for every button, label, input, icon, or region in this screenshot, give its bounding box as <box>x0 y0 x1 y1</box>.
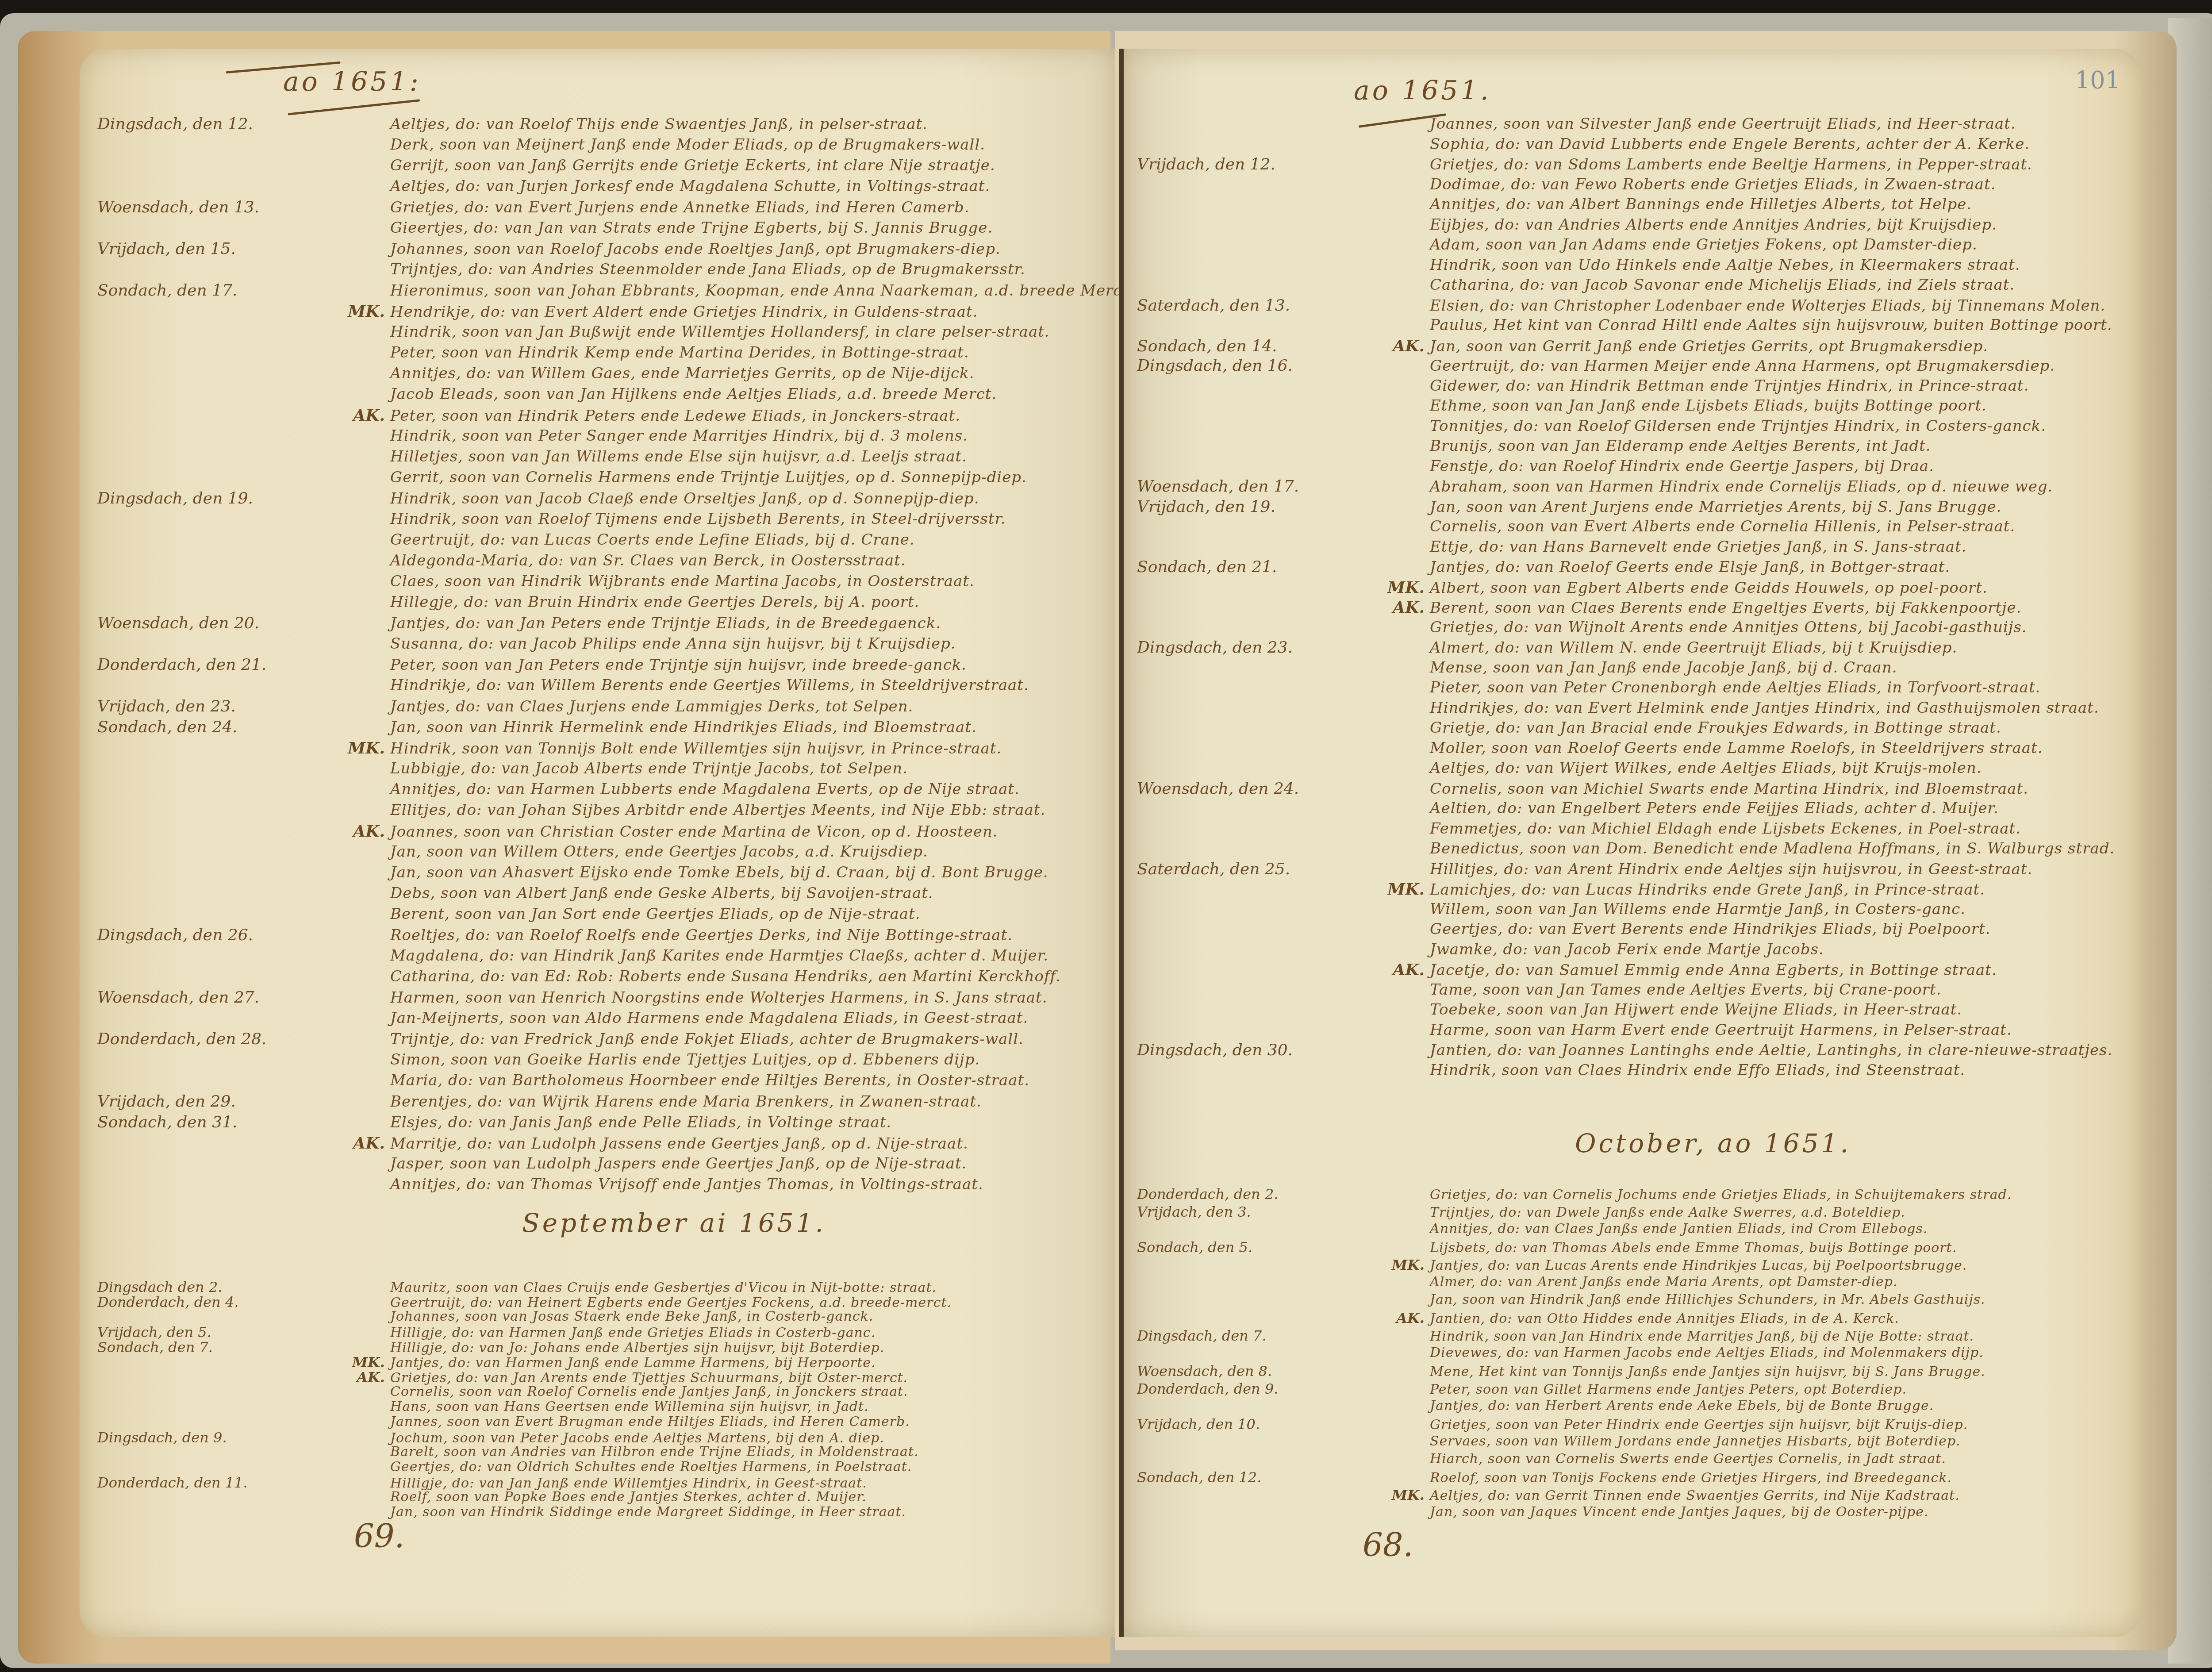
entry-text: Jantjes, do: van Herbert Arents ende Aek… <box>1430 1398 1934 1414</box>
entry-text: Maria, do: van Bartholomeus Hoornbeer en… <box>390 1072 1029 1089</box>
october-heading: October, ao 1651. <box>1575 1128 1851 1158</box>
register-entry: Annitjes, do: van Willem Gaes, ende Marr… <box>97 365 1134 385</box>
entry-text: Jantien, do: van Otto Hiddes ende Annitj… <box>1430 1311 1899 1326</box>
entry-date: Woensdach, den 17. <box>1137 477 1385 496</box>
register-entry: Hiarch, soon van Cornelis Swerts ende Ge… <box>1137 1451 2012 1469</box>
register-entry: Jan, soon van Ahasvert Eijsko ende Tomke… <box>97 864 1134 884</box>
entry-text: Hillegje, do: van Bruin Hindrix ende Gee… <box>390 593 919 611</box>
entry-date: Vrijdach, den 3. <box>1137 1203 1385 1220</box>
register-entry: Jan, soon van Jaques Vincent ende Jantje… <box>1137 1504 2012 1522</box>
register-entry: Grietje, do: van Jan Bracial ende Froukj… <box>1137 719 2115 739</box>
entry-text: Jantien, do: van Joannes Lantinghs ende … <box>1430 1042 2112 1059</box>
entry-text: Catharina, do: van Jacob Savonar ende Mi… <box>1430 276 2015 294</box>
entry-text: Jan, soon van Hinrik Hermelink ende Hind… <box>390 719 977 736</box>
entry-text: Jantjes, do: van Lucas Arents ende Hindr… <box>1430 1258 1967 1273</box>
entry-date: Dingsdach, den 19. <box>97 489 345 507</box>
entry-date: Vrijdach, den 10. <box>1137 1416 1385 1433</box>
entry-text: Jwamke, do: van Jacob Ferix ende Martje … <box>1430 941 1824 958</box>
entry-mark: MK. <box>1385 1257 1430 1273</box>
entry-text: Almer, do: van Arent Janßs ende Maria Ar… <box>1430 1274 1897 1290</box>
entry-text: Annitjes, do: van Willem Gaes, ende Marr… <box>390 365 974 382</box>
register-entry: Grietjes, do: van Wijnolt Arents ende An… <box>1137 619 2115 639</box>
entry-text: Simon, soon van Goeike Harlis ende Tjett… <box>390 1051 980 1069</box>
entry-text: Roelof, soon van Tonijs Fockens ende Gri… <box>1430 1470 1952 1486</box>
register-entry: Ettje, do: van Hans Barnevelt ende Griet… <box>1137 538 2115 558</box>
entry-text: Harme, soon van Harm Evert ende Geertrui… <box>1430 1021 2012 1039</box>
register-entry: Catharina, do: van Ed: Rob: Roberts ende… <box>97 968 1134 988</box>
entry-text: Debs, soon van Albert Janß ende Geske Al… <box>390 884 933 902</box>
register-entry: Cornelis, soon van Roelof Cornelis ende … <box>97 1384 952 1399</box>
entry-text: Hindrikje, do: van Willem Berents ende G… <box>390 676 1029 694</box>
entry-date: Saterdach, den 13. <box>1137 296 1385 315</box>
entry-text: Hindrik, soon van Jan Bußwijt ende Wille… <box>390 323 1050 341</box>
register-entry: AK.Jantien, do: van Otto Hiddes ende Ann… <box>1137 1310 2012 1327</box>
register-entry: Woensdach, den 13.Grietjes, do: van Ever… <box>97 198 1134 219</box>
register-entry: Jasper, soon van Ludolph Jaspers ende Ge… <box>97 1155 1134 1176</box>
register-entry: Saterdach, den 25.Hillitjes, do: van Are… <box>1137 860 2115 880</box>
entry-text: Elsien, do: van Christopher Lodenbaer en… <box>1430 297 2105 315</box>
folio-number-pencil: 101 <box>2075 66 2120 94</box>
entry-text: Joannes, soon van Silvester Janß ende Ge… <box>1430 115 2016 133</box>
register-entry: Sondach, den 12.Roelof, soon van Tonijs … <box>1137 1469 2012 1487</box>
register-entry: Lubbigje, do: van Jacob Alberts ende Tri… <box>97 760 1134 780</box>
entry-text: Hillitjes, do: van Arent Hindrix ende Ae… <box>1430 861 2032 878</box>
register-entry: Aldegonda-Maria, do: van Sr. Claes van B… <box>97 552 1134 573</box>
register-entry: Debs, soon van Albert Janß ende Geske Al… <box>97 884 1134 905</box>
register-entry: Paulus, Het kint van Conrad Hiltl ende A… <box>1137 316 2115 337</box>
entry-text: Jan, soon van Jaques Vincent ende Jantje… <box>1430 1504 1929 1520</box>
entry-text: Jantjes, do: van Claes Jurjens ende Lamm… <box>390 698 913 715</box>
entry-date: Woensdach, den 24. <box>1137 780 1385 798</box>
register-entry: Mense, soon van Jan Janß ende Jacobje Ja… <box>1137 659 2115 679</box>
register-entry: Magdalena, do: van Hindrik Janß Karites … <box>97 947 1134 968</box>
entry-text: Tame, soon van Jan Tames ende Aeltjes Ev… <box>1430 981 1942 999</box>
register-entry: Jan, soon van Hindrik Janß ende Hillichj… <box>1137 1292 2012 1310</box>
entry-text: Grietjes, do: van Cornelis Jochums ende … <box>1430 1187 2012 1203</box>
register-entry: Fenstje, do: van Roelof Hindrix ende Gee… <box>1137 457 2115 478</box>
entry-text: Albert, soon van Egbert Alberts ende Gei… <box>1430 579 1988 597</box>
register-entry: Jantjes, do: van Herbert Arents ende Aek… <box>1137 1398 2012 1416</box>
register-entry: Tonnitjes, do: van Roelof Gildersen ende… <box>1137 417 2115 438</box>
entry-date: Sondach, den 24. <box>97 718 345 736</box>
register-entry: Hindrik, soon van Roelof Tijmens ende Li… <box>97 510 1134 531</box>
register-entry: Sondach, den 21.Jantjes, do: van Roelof … <box>1137 558 2115 578</box>
entry-text: Ethme, soon van Jan Janß ende Lijsbets E… <box>1430 397 1987 415</box>
entry-text: Hindrik, soon van Udo Hinkels ende Aaltj… <box>1430 256 2020 274</box>
register-entry: Hindrikje, do: van Willem Berents ende G… <box>97 676 1134 697</box>
entry-text: Grietjes, do: van Sdoms Lamberts ende Be… <box>1430 156 2032 173</box>
entry-date: Donderdach, den 11. <box>97 1474 345 1491</box>
left-page-heading: ao 1651: <box>283 66 421 97</box>
entry-text: Hindrik, soon van Jan Hindrix ende Marri… <box>1430 1329 1974 1344</box>
register-entry: Adam, soon van Jan Adams ende Grietjes F… <box>1137 236 2115 256</box>
register-entry: Catharina, do: van Jacob Savonar ende Mi… <box>1137 276 2115 296</box>
entry-text: Aeltjes, do: van Gerrit Tinnen ende Swae… <box>1430 1488 1960 1503</box>
entry-text: Elsjes, do: van Janis Janß ende Pelle El… <box>390 1114 891 1131</box>
register-entry: Tame, soon van Jan Tames ende Aeltjes Ev… <box>1137 981 2115 1001</box>
entry-text: Lijsbets, do: van Thomas Abels ende Emme… <box>1430 1240 1957 1256</box>
entry-date: Woensdach, den 27. <box>97 988 345 1007</box>
register-entry: Roelf, soon van Popke Boes ende Jantjes … <box>97 1489 952 1504</box>
entry-text: Jacetje, do: van Samuel Emmig ende Anna … <box>1430 961 1997 979</box>
register-entry: Claes, soon van Hindrik Wijbrants ende M… <box>97 573 1134 593</box>
register-entry: Annitjes, do: van Albert Bannings ende H… <box>1137 196 2115 216</box>
entry-text: Gerrijt, soon van Janß Gerrijts ende Gri… <box>390 157 995 174</box>
register-entry: Dievewes, do: van Harmen Jacobs ende Ael… <box>1137 1345 2012 1363</box>
register-entry: Woensdach, den 20.Jantjes, do: van Jan P… <box>97 614 1134 635</box>
register-entry: Dingsdach, den 7.Hindrik, soon van Jan H… <box>1137 1327 2012 1345</box>
register-entry: Saterdach, den 13.Elsien, do: van Christ… <box>1137 296 2115 317</box>
register-entry: Dingsdach den 2.Mauritz, soon van Claes … <box>97 1279 952 1294</box>
register-entry: Hans, soon van Hans Geertsen ende Willem… <box>97 1399 952 1414</box>
register-entry: AK.Joannes, soon van Christian Coster en… <box>97 822 1134 843</box>
entry-date: Woensdach, den 20. <box>97 614 345 632</box>
register-entry: Jan-Meijnerts, soon van Aldo Harmens end… <box>97 1009 1134 1030</box>
entry-text: Jochum, soon van Peter Jacobs ende Aeltj… <box>390 1430 884 1446</box>
entry-text: Mauritz, soon van Claes Cruijs ende Gesb… <box>390 1280 937 1295</box>
entry-mark: MK. <box>1385 578 1430 597</box>
register-entry: Annitjes, do: van Harmen Lubberts ende M… <box>97 780 1134 801</box>
register-entry: Woensdach, den 8.Mene, Het kint van Tonn… <box>1137 1363 2012 1380</box>
entry-text: Annitjes, do: van Claes Janßs ende Janti… <box>1430 1221 1928 1237</box>
entry-text: Aldegonda-Maria, do: van Sr. Claes van B… <box>390 552 906 569</box>
page-number-left: 69. <box>354 1518 405 1555</box>
register-entry: Almer, do: van Arent Janßs ende Maria Ar… <box>1137 1274 2012 1292</box>
entry-text: Jan, soon van Ahasvert Eijsko ende Tomke… <box>390 864 1048 881</box>
entry-text: Johannes, soon van Roelof Jacobs ende Ro… <box>390 240 1001 258</box>
register-entry: Vrijdach, den 15.Johannes, soon van Roel… <box>97 240 1134 261</box>
entry-text: Gerrit, soon van Cornelis Harmens ende T… <box>390 469 1027 486</box>
entry-date: Woensdach, den 8. <box>1137 1363 1385 1380</box>
entry-text: Grietjes, do: van Wijnolt Arents ende An… <box>1430 619 2027 636</box>
register-entry: Donderdach, den 9.Peter, soon van Gillet… <box>1137 1380 2012 1398</box>
register-entry: Eijbjes, do: van Andries Alberts ende An… <box>1137 216 2115 236</box>
october-entries-list: Donderdach, den 2.Grietjes, do: van Corn… <box>1137 1186 2012 1522</box>
register-entry: Dingsdach, den 12.Aeltjes, do: van Roelo… <box>97 115 1134 136</box>
entry-text: Hindrik, soon van Peter Sanger ende Marr… <box>390 427 968 445</box>
entry-mark: AK. <box>1385 1310 1430 1326</box>
register-entry: Vrijdach, den 29.Berentjes, do: van Wijr… <box>97 1092 1134 1113</box>
register-entry: MK.Albert, soon van Egbert Alberts ende … <box>1137 578 2115 599</box>
entry-text: Hilletjes, soon van Jan Willems ende Els… <box>390 448 967 465</box>
entry-text: Adam, soon van Jan Adams ende Grietjes F… <box>1430 236 1978 254</box>
register-entry: Vrijdach, den 5.Hilligje, do: van Harmen… <box>97 1324 952 1339</box>
entry-text: Roelf, soon van Popke Boes ende Jantjes … <box>390 1489 867 1505</box>
entry-text: Hans, soon van Hans Geertsen ende Willem… <box>390 1399 869 1414</box>
entry-text: Femmetjes, do: van Michiel Eldagh ende L… <box>1430 820 2021 838</box>
entry-date: Sondach, den 12. <box>1137 1469 1385 1486</box>
entry-text: Hindrik, soon van Tonnijs Bolt ende Will… <box>390 740 1002 757</box>
register-entry: Sondach, den 17.Hieronimus, soon van Joh… <box>97 281 1134 302</box>
register-entry: Femmetjes, do: van Michiel Eldagh ende L… <box>1137 820 2115 840</box>
entry-text: Johannes, soon van Josas Staerk ende Bek… <box>390 1309 873 1324</box>
entry-date: Sondach, den 17. <box>97 281 345 300</box>
entry-text: Moller, soon van Roelof Geerts ende Lamm… <box>1430 739 2043 757</box>
entry-text: Joannes, soon van Christian Coster ende … <box>390 823 998 841</box>
entry-text: Cornelis, soon van Evert Alberts ende Co… <box>1430 518 2015 535</box>
entry-text: Mene, Het kint van Tonnijs Janßs ende Ja… <box>1430 1364 1985 1380</box>
entry-text: Cornelis, soon van Roelof Cornelis ende … <box>390 1384 908 1399</box>
entry-date: Dingsdach, den 16. <box>1137 357 1385 375</box>
register-entry: Gidewer, do: van Hindrik Bettman ende Tr… <box>1137 377 2115 397</box>
heading-text: ao 1651: <box>283 66 421 97</box>
register-entry: Dingsdach, den 9.Jochum, soon van Peter … <box>97 1429 952 1444</box>
september-heading-text: September ai 1651. <box>522 1208 826 1238</box>
register-entry: Dingsdach, den 26.Roeltjes, do: van Roel… <box>97 926 1134 947</box>
entry-text: Lubbigje, do: van Jacob Alberts ende Tri… <box>390 760 908 777</box>
entry-text: Hilligje, do: van Jan Janß ende Willemtj… <box>390 1476 867 1491</box>
register-entry: Hindrikjes, do: van Evert Helmink ende J… <box>1137 699 2115 719</box>
entry-date: Sondach, den 31. <box>97 1113 345 1131</box>
register-entry: Gerrit, soon van Cornelis Harmens ende T… <box>97 469 1134 489</box>
register-entry: Pieter, soon van Peter Cronenborgh ende … <box>1137 679 2115 699</box>
register-entry: MK.Hendrikje, do: van Evert Aldert ende … <box>97 302 1134 323</box>
register-entry: AK.Peter, soon van Hindrik Peters ende L… <box>97 406 1134 427</box>
entry-text: Claes, soon van Hindrik Wijbrants ende M… <box>390 573 975 590</box>
entry-text: Peter, soon van Hindrik Kemp ende Martin… <box>390 344 969 361</box>
register-entry: Dodimae, do: van Fewo Roberts ende Griet… <box>1137 176 2115 196</box>
entry-date: Dingsdach, den 23. <box>1137 638 1385 657</box>
register-entry: Susanna, do: van Jacob Philips ende Anna… <box>97 635 1134 656</box>
entry-text: Jannes, soon van Evert Brugman ende Hilt… <box>390 1414 910 1430</box>
register-entry: Vrijdach, den 3.Trijntjes, do: van Dwele… <box>1137 1203 2012 1221</box>
register-entry: Annitjes, do: van Claes Janßs ende Janti… <box>1137 1221 2012 1239</box>
entry-text: Grietjes, soon van Peter Hindrix ende Ge… <box>1430 1417 1968 1433</box>
entry-text: Roeltjes, do: van Roelof Roelfs ende Gee… <box>390 926 1013 944</box>
entry-mark: AK. <box>1385 337 1430 355</box>
entry-text: Willem, soon van Jan Willems ende Harmtj… <box>1430 900 1966 918</box>
entry-text: Geertruijt, do: van Harmen Meijer ende A… <box>1430 357 2055 375</box>
register-entry: Jannes, soon van Evert Brugman ende Hilt… <box>97 1414 952 1429</box>
entry-text: Cornelis, soon van Michiel Swarts ende M… <box>1430 780 2028 798</box>
entry-text: Hiarch, soon van Cornelis Swerts ende Ge… <box>1430 1451 1946 1467</box>
entry-date: Dingsdach, den 30. <box>1137 1041 1385 1059</box>
entry-text: Berent, soon van Jan Sort ende Geertjes … <box>390 905 921 923</box>
register-entry: Ethme, soon van Jan Janß ende Lijsbets E… <box>1137 397 2115 417</box>
register-entry: Trijntjes, do: van Andries Steenmolder e… <box>97 261 1134 281</box>
entry-text: Geertruijt, do: van Lucas Coerts ende Le… <box>390 531 915 549</box>
register-entry: Sondach, den 31.Elsjes, do: van Janis Ja… <box>97 1113 1134 1134</box>
entry-text: Grietjes, do: van Jan Arents ende Tjettj… <box>390 1370 908 1386</box>
register-entry: Donderdach, den 4.Geertruijt, do: van He… <box>97 1294 952 1309</box>
register-entry: Vrijdach, den 23.Jantjes, do: van Claes … <box>97 697 1134 718</box>
entry-text: Pieter, soon van Peter Cronenborgh ende … <box>1430 679 2040 696</box>
entry-text: Aeltjes, do: van Jurjen Jorkesf ende Mag… <box>390 177 990 195</box>
register-entry: Jwamke, do: van Jacob Ferix ende Martje … <box>1137 941 2115 961</box>
entry-date: Vrijdach, den 23. <box>97 697 345 715</box>
entry-mark: AK. <box>345 822 390 841</box>
register-entry: Donderdach, den 21.Peter, soon van Jan P… <box>97 656 1134 676</box>
entry-mark: MK. <box>345 1354 390 1371</box>
october-heading-text: October, ao 1651. <box>1575 1128 1851 1158</box>
entry-text: Berentjes, do: van Wijrik Harens ende Ma… <box>390 1093 982 1111</box>
entry-text: Ettje, do: van Hans Barnevelt ende Griet… <box>1430 538 1967 556</box>
entry-text: Ellitjes, do: van Johan Sijbes Arbitdr e… <box>390 801 1045 819</box>
left-entries-list: Dingsdach, den 12.Aeltjes, do: van Roelo… <box>97 115 1134 1196</box>
register-entry: Geertjes, do: van Evert Berents ende Hin… <box>1137 920 2115 941</box>
register-entry: Toebeke, soon van Jan Hijwert ende Weijn… <box>1137 1001 2115 1021</box>
entry-text: Annitjes, do: van Thomas Vrijsoff ende J… <box>390 1176 983 1193</box>
register-entry: AK.Marritje, do: van Ludolph Jassens end… <box>97 1134 1134 1155</box>
entry-text: Eijbjes, do: van Andries Alberts ende An… <box>1430 216 1997 234</box>
register-entry: Sondach, den 5.Lijsbets, do: van Thomas … <box>1137 1239 2012 1257</box>
register-entry: Hindrik, soon van Peter Sanger ende Marr… <box>97 427 1134 448</box>
entry-text: Geertjes, do: van Oldrich Schultes ende … <box>390 1459 912 1475</box>
entry-text: Peter, soon van Jan Peters ende Trijntje… <box>390 656 967 674</box>
register-entry: Hilletjes, soon van Jan Willems ende Els… <box>97 448 1134 469</box>
entry-text: Paulus, Het kint van Conrad Hiltl ende A… <box>1430 316 2112 334</box>
entry-text: Trijntjes, do: van Dwele Janßs ende Aalk… <box>1430 1205 1905 1220</box>
register-entry: Moller, soon van Roelof Geerts ende Lamm… <box>1137 739 2115 760</box>
entry-text: Gidewer, do: van Hindrik Bettman ende Tr… <box>1430 377 2029 395</box>
register-entry: Willem, soon van Jan Willems ende Harmtj… <box>1137 900 2115 921</box>
entry-text: Grietje, do: van Jan Bracial ende Froukj… <box>1430 719 2001 737</box>
register-entry: Dingsdach, den 19.Hindrik, soon van Jaco… <box>97 489 1134 510</box>
entry-text: Harmen, soon van Henrich Noorgstins ende… <box>390 989 1048 1007</box>
entry-text: Lamichjes, do: van Lucas Hindriks ende G… <box>1430 881 1985 899</box>
entry-text: Jan, soon van Hindrik Siddinge ende Marg… <box>390 1504 906 1520</box>
register-entry: Ellitjes, do: van Johan Sijbes Arbitdr e… <box>97 801 1134 822</box>
register-entry: Dingsdach, den 16.Geertruijt, do: van Ha… <box>1137 357 2115 377</box>
register-entry: Dingsdach, den 23.Almert, do: van Willem… <box>1137 638 2115 659</box>
register-entry: Servaes, soon van Willem Jordans ende Ja… <box>1137 1434 2012 1451</box>
register-entry: Sondach, den 7.Hilligje, do: van Jo: Joh… <box>97 1339 952 1354</box>
entry-date: Dingsdach, den 9. <box>97 1429 345 1446</box>
page-number-right: 68. <box>1363 1526 1413 1564</box>
entry-text: Annitjes, do: van Albert Bannings ende H… <box>1430 196 1972 213</box>
entry-text: Abraham, soon van Harmen Hindrix ende Co… <box>1430 478 2053 496</box>
register-entry: Derk, soon van Meijnert Janß ende Moder … <box>97 136 1134 157</box>
entry-date: Dingsdach, den 7. <box>1137 1327 1385 1344</box>
entry-text: Derk, soon van Meijnert Janß ende Moder … <box>390 136 985 154</box>
entry-text: Jan, soon van Hindrik Janß ende Hillichj… <box>1430 1292 1985 1307</box>
entry-text: Jan, soon van Arent Jurjens ende Marriet… <box>1430 498 2001 516</box>
entry-text: Hindrikjes, do: van Evert Helmink ende J… <box>1430 699 2099 717</box>
entry-text: Dodimae, do: van Fewo Roberts ende Griet… <box>1430 176 1996 193</box>
register-entry: Geertjes, do: van Oldrich Schultes ende … <box>97 1459 952 1474</box>
entry-date: Dingsdach, den 12. <box>97 115 345 133</box>
entry-mark: AK. <box>1385 961 1430 979</box>
heading-underline <box>288 99 420 115</box>
register-entry: Vrijdach, den 10.Grietjes, soon van Pete… <box>1137 1416 2012 1434</box>
entry-text: Magdalena, do: van Hindrik Janß Karites … <box>390 947 1048 965</box>
entry-mark: MK. <box>1385 880 1430 899</box>
right-entries-list: Joannes, soon van Silvester Janß ende Ge… <box>1137 115 2115 1081</box>
entry-text: Servaes, soon van Willem Jordans ende Ja… <box>1430 1434 1961 1449</box>
register-entry: Jan, soon van Hindrik Siddinge ende Marg… <box>97 1504 952 1519</box>
entry-text: Benedictus, soon van Dom. Benedicht ende… <box>1430 840 2115 857</box>
register-entry: Jan, soon van Willem Otters, ende Geertj… <box>97 843 1134 864</box>
register-entry: Barelt, soon van Andries van Hilbron end… <box>97 1444 952 1459</box>
entry-text: Fenstje, do: van Roelof Hindrix ende Gee… <box>1430 457 1934 475</box>
register-entry: AK.Jacetje, do: van Samuel Emmig ende An… <box>1137 961 2115 981</box>
entry-date: Donderdach, den 2. <box>1137 1186 1385 1203</box>
register-entry: Woensdach, den 17.Abraham, soon van Harm… <box>1137 477 2115 498</box>
register-entry: AK.Berent, soon van Claes Berents ende E… <box>1137 598 2115 619</box>
entry-text: Catharina, do: van Ed: Rob: Roberts ende… <box>390 968 1061 985</box>
entry-text: Toebeke, soon van Jan Hijwert ende Weijn… <box>1430 1001 1962 1019</box>
entry-mark: AK. <box>345 1134 390 1153</box>
register-entry: Geertruijt, do: van Lucas Coerts ende Le… <box>97 531 1134 552</box>
entry-mark: MK. <box>345 302 390 321</box>
register-entry: MK.Jantjes, do: van Lucas Arents ende Hi… <box>1137 1257 2012 1274</box>
register-entry: Dingsdach, den 30.Jantien, do: van Joann… <box>1137 1041 2115 1061</box>
september-heading: September ai 1651. <box>522 1208 826 1238</box>
register-entry: Cornelis, soon van Evert Alberts ende Co… <box>1137 518 2115 538</box>
register-entry: Sondach, den 14.AK.Jan, soon van Gerrit … <box>1137 337 2115 357</box>
register-entry: Gerrijt, soon van Janß Gerrijts ende Gri… <box>97 157 1134 177</box>
entry-text: Jantjes, do: van Harmen Janß ende Lamme … <box>390 1355 876 1371</box>
register-entry: MK.Jantjes, do: van Harmen Janß ende Lam… <box>97 1354 952 1369</box>
entry-text: Gieertjes, do: van Jan van Strats ende T… <box>390 219 993 237</box>
entry-text: Grietjes, do: van Evert Jurjens ende Ann… <box>390 199 970 216</box>
entry-text: Barelt, soon van Andries van Hilbron end… <box>390 1444 918 1460</box>
register-entry: Sondach, den 24.Jan, soon van Hinrik Her… <box>97 718 1134 739</box>
entry-date: Vrijdach, den 29. <box>97 1092 345 1111</box>
entry-text: Hindrik, soon van Claes Hindrix ende Eff… <box>1430 1061 1965 1079</box>
register-entry: Aeltjes, do: van Jurjen Jorkesf ende Mag… <box>97 177 1134 198</box>
september-entries-list: Dingsdach den 2.Mauritz, soon van Claes … <box>97 1279 952 1519</box>
entry-text: Peter, soon van Gillet Harmens ende Jant… <box>1430 1382 1907 1397</box>
register-entry: Joannes, soon van Silvester Janß ende Ge… <box>1137 115 2115 135</box>
entry-date: Dingsdach den 2. <box>97 1279 345 1295</box>
entry-text: Aeltjes, do: van Wijert Wilkes, ende Ael… <box>1430 759 1982 777</box>
entry-date: Donderdach, den 9. <box>1137 1380 1385 1397</box>
entry-date: Vrijdach, den 19. <box>1137 498 1385 516</box>
register-entry: Hindrik, soon van Claes Hindrix ende Eff… <box>1137 1061 2115 1082</box>
register-entry: MK.Hindrik, soon van Tonnijs Bolt ende W… <box>97 739 1134 760</box>
entry-text: Jan, soon van Willem Otters, ende Geertj… <box>390 843 928 861</box>
register-entry: Donderdach, den 2.Grietjes, do: van Corn… <box>1137 1186 2012 1203</box>
register-entry: Simon, soon van Goeike Harlis ende Tjett… <box>97 1051 1134 1072</box>
entry-date: Sondach, den 14. <box>1137 337 1385 355</box>
register-entry: Johannes, soon van Josas Staerk ende Bek… <box>97 1309 952 1324</box>
entry-text: Jan, soon van Gerrit Janß ende Grietjes … <box>1430 338 1988 355</box>
entry-text: Jasper, soon van Ludolph Jaspers ende Ge… <box>390 1155 967 1172</box>
entry-text: Geertjes, do: van Evert Berents ende Hin… <box>1430 920 1991 938</box>
register-entry: Vrijdach, den 19.Jan, soon van Arent Jur… <box>1137 498 2115 518</box>
entry-date: Sondach, den 5. <box>1137 1239 1385 1256</box>
entry-date: Vrijdach, den 5. <box>97 1324 345 1341</box>
entry-date: Donderdach, den 4. <box>97 1294 345 1311</box>
entry-text: Aeltien, do: van Engelbert Peters ende F… <box>1430 799 1999 817</box>
entry-mark: AK. <box>345 406 390 425</box>
register-entry: Woensdach, den 24.Cornelis, soon van Mic… <box>1137 780 2115 800</box>
left-page: ao 1651: Dingsdach, den 12.Aeltjes, do: … <box>80 49 1115 1637</box>
entry-date: Vrijdach, den 15. <box>97 240 345 258</box>
entry-text: Hendrikje, do: van Evert Aldert ende Gri… <box>390 303 978 321</box>
entry-text: Almert, do: van Willem N. ende Geertruij… <box>1430 639 1957 657</box>
entry-text: Trijntjes, do: van Andries Steenmolder e… <box>390 261 1025 278</box>
entry-mark: MK. <box>345 739 390 757</box>
register-entry: MK.Aeltjes, do: van Gerrit Tinnen ende S… <box>1137 1487 2012 1504</box>
register-entry: AK.Grietjes, do: van Jan Arents ende Tje… <box>97 1369 952 1384</box>
entry-mark: AK. <box>1385 598 1430 617</box>
register-entry: Aeltjes, do: van Wijert Wilkes, ende Ael… <box>1137 759 2115 780</box>
register-entry: Harme, soon van Harm Evert ende Geertrui… <box>1137 1021 2115 1042</box>
entry-text: Trijntje, do: van Fredrick Janß ende Fok… <box>390 1030 1024 1048</box>
entry-text: Susanna, do: van Jacob Philips ende Anna… <box>390 635 956 653</box>
register-entry: Maria, do: van Bartholomeus Hoornbeer en… <box>97 1072 1134 1092</box>
register-entry: Jacob Eleads, soon van Jan Hijlkens ende… <box>97 385 1134 406</box>
register-entry: Aeltien, do: van Engelbert Peters ende F… <box>1137 799 2115 820</box>
entry-text: Dievewes, do: van Harmen Jacobs ende Ael… <box>1430 1345 1984 1361</box>
register-entry: Hillegje, do: van Bruin Hindrix ende Gee… <box>97 593 1134 614</box>
entry-date: Sondach, den 7. <box>97 1339 345 1356</box>
right-page: 101 ao 1651. Joannes, soon van Silvester… <box>1124 49 2141 1637</box>
entry-date: Woensdach, den 13. <box>97 198 345 216</box>
entry-mark: AK. <box>345 1369 390 1386</box>
